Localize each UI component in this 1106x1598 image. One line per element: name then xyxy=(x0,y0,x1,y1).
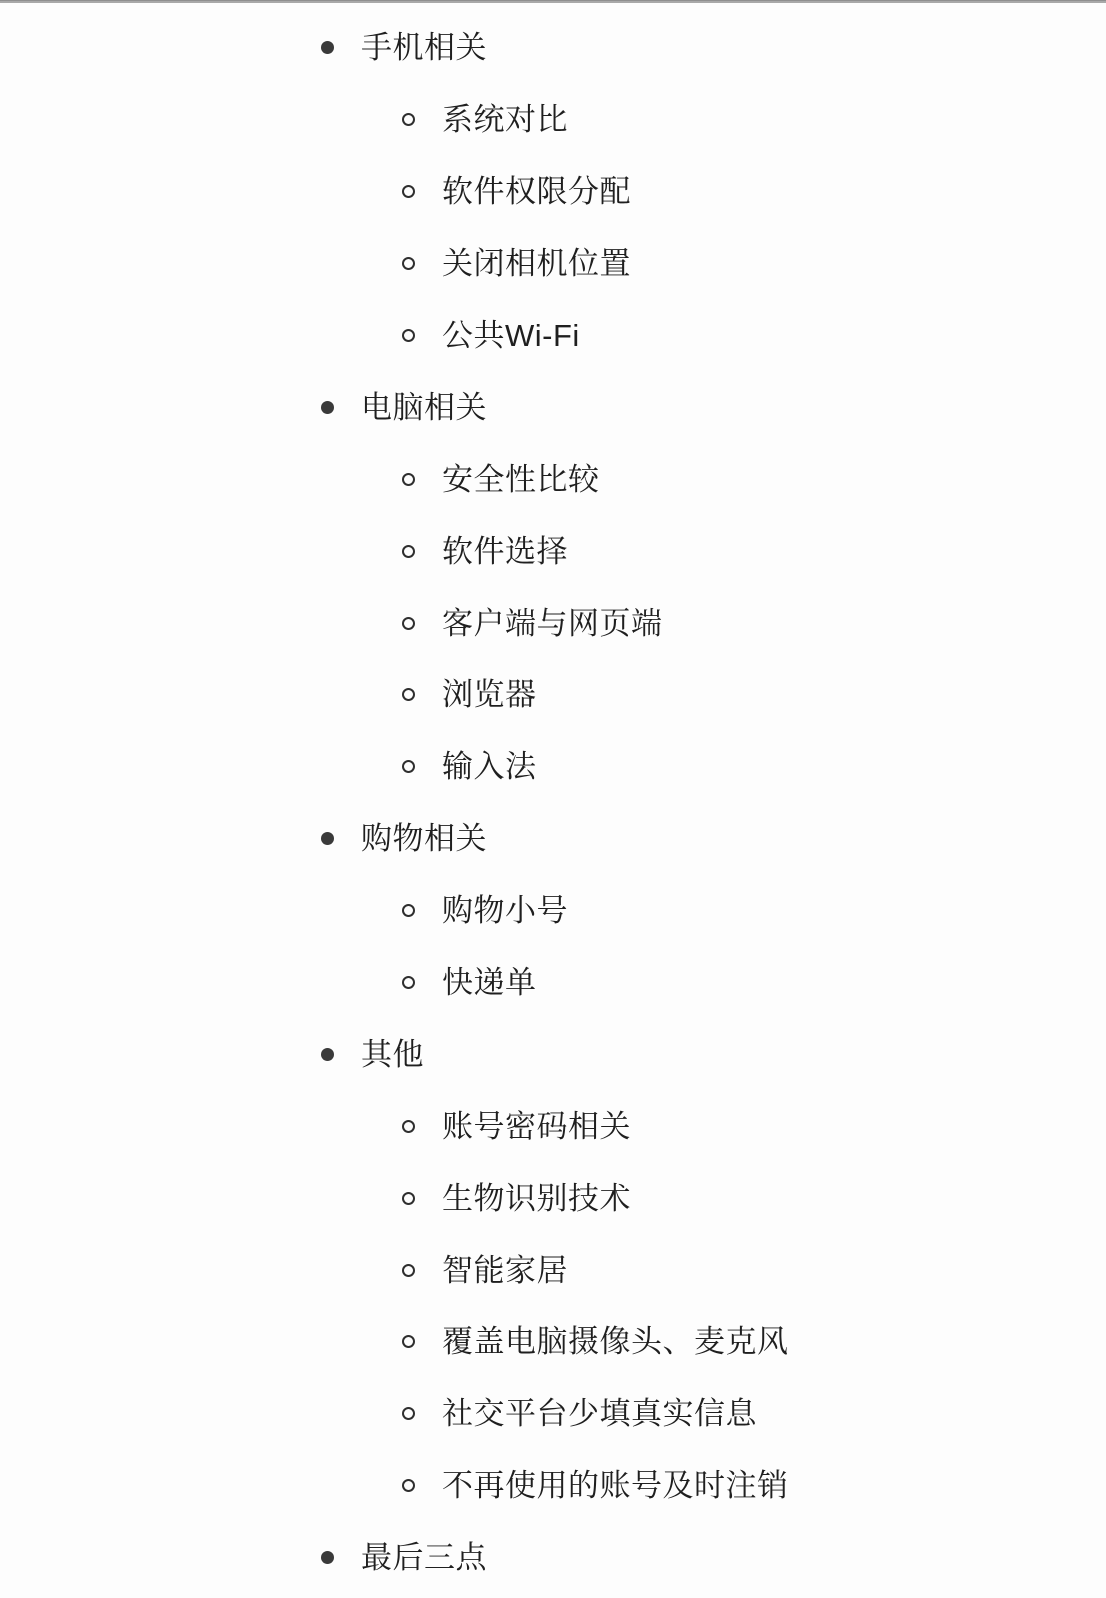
hollow-bullet-icon xyxy=(402,688,415,701)
filled-bullet-icon xyxy=(321,832,334,845)
hollow-bullet-icon xyxy=(402,617,415,630)
outline-item-label: 覆盖电脑摄像头、麦克风 xyxy=(442,1326,789,1357)
outline-item-level2: 智能家居 xyxy=(0,1234,1106,1306)
hollow-bullet-icon xyxy=(402,1192,415,1205)
outline-item-level2: 生物识别技术 xyxy=(0,1162,1106,1234)
outline-item-label: 软件选择 xyxy=(442,536,568,567)
screen-top-edge-line xyxy=(0,0,1106,3)
outline-item-level2: 关闭相机位置 xyxy=(0,228,1106,300)
filled-bullet-icon xyxy=(321,1551,334,1564)
outline-item-level1: 电脑相关 xyxy=(0,371,1106,443)
outline-item-label: 购物小号 xyxy=(442,895,568,926)
outline-item-label: 输入法 xyxy=(442,751,537,782)
outline-item-level2: 软件选择 xyxy=(0,515,1106,587)
outline-item-level1: 其他 xyxy=(0,1018,1106,1090)
outline-item-label: 账号密码相关 xyxy=(442,1111,631,1142)
filled-bullet-icon xyxy=(321,1048,334,1061)
outline-item-label: 系统对比 xyxy=(442,104,568,135)
outline-item-level1: 购物相关 xyxy=(0,803,1106,875)
outline-item-level2: 快递单 xyxy=(0,947,1106,1019)
hollow-bullet-icon xyxy=(402,1479,415,1492)
outline-item-label: 社交平台少填真实信息 xyxy=(442,1398,757,1429)
outline-item-label: 其他 xyxy=(361,1039,424,1070)
hollow-bullet-icon xyxy=(402,1407,415,1420)
outline-item-level2: 安全性比较 xyxy=(0,443,1106,515)
outline-item-level2: 账号密码相关 xyxy=(0,1090,1106,1162)
outline-item-level2: 社交平台少填真实信息 xyxy=(0,1378,1106,1450)
outline-item-label: 手机相关 xyxy=(361,32,487,63)
outline-item-label: 浏览器 xyxy=(442,679,537,710)
hollow-bullet-icon xyxy=(402,1120,415,1133)
hollow-bullet-icon xyxy=(402,185,415,198)
outline-item-label: 公共Wi-Fi xyxy=(442,320,580,351)
outline-item-level2: 浏览器 xyxy=(0,659,1106,731)
filled-bullet-icon xyxy=(321,401,334,414)
outline-item-label: 最后三点 xyxy=(361,1542,487,1573)
outline-item-level2: 软件权限分配 xyxy=(0,156,1106,228)
filled-bullet-icon xyxy=(321,41,334,54)
outline-item-label: 购物相关 xyxy=(361,823,487,854)
hollow-bullet-icon xyxy=(402,113,415,126)
outline-item-level2: 不再使用的账号及时注销 xyxy=(0,1450,1106,1522)
hollow-bullet-icon xyxy=(402,976,415,989)
outline-item-label: 安全性比较 xyxy=(442,464,600,495)
outline-item-label: 客户端与网页端 xyxy=(442,608,663,639)
outline-item-label: 生物识别技术 xyxy=(442,1183,631,1214)
outline-item-level2: 购物小号 xyxy=(0,875,1106,947)
hollow-bullet-icon xyxy=(402,1335,415,1348)
hollow-bullet-icon xyxy=(402,904,415,917)
outline-item-label: 关闭相机位置 xyxy=(442,248,631,279)
hollow-bullet-icon xyxy=(402,473,415,486)
outline-item-label: 不再使用的账号及时注销 xyxy=(442,1470,789,1501)
hollow-bullet-icon xyxy=(402,257,415,270)
outline-item-label: 智能家居 xyxy=(442,1255,568,1286)
outline-item-level2: 公共Wi-Fi xyxy=(0,300,1106,372)
outline-item-label: 软件权限分配 xyxy=(442,176,631,207)
outline-item-level1: 最后三点 xyxy=(0,1522,1106,1594)
outline-item-level2: 系统对比 xyxy=(0,84,1106,156)
outline-item-level2: 客户端与网页端 xyxy=(0,587,1106,659)
outline-item-level2: 输入法 xyxy=(0,731,1106,803)
hollow-bullet-icon xyxy=(402,545,415,558)
hollow-bullet-icon xyxy=(402,329,415,342)
outline-item-level2: 覆盖电脑摄像头、麦克风 xyxy=(0,1306,1106,1378)
hollow-bullet-icon xyxy=(402,760,415,773)
outline-item-label: 电脑相关 xyxy=(361,392,487,423)
outline-item-level1: 手机相关 xyxy=(0,12,1106,84)
hollow-bullet-icon xyxy=(402,1264,415,1277)
outline-list: 手机相关 系统对比 软件权限分配 关闭相机位置 公共Wi-Fi 电脑相关 安全性… xyxy=(0,12,1106,1594)
outline-item-label: 快递单 xyxy=(442,967,537,998)
